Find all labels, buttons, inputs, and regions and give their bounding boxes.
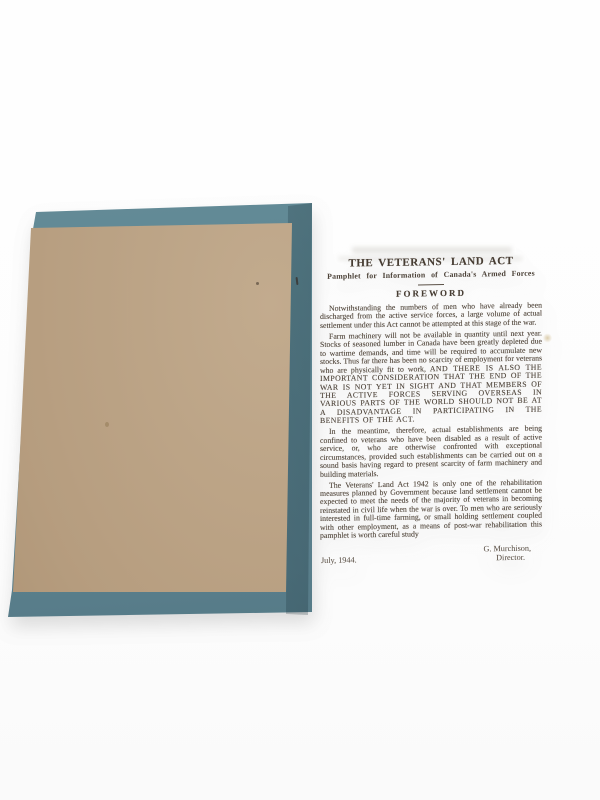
paper-speck xyxy=(105,422,109,427)
section-heading-foreword: FOREWORD xyxy=(320,287,542,300)
page-subtitle: Pamphlet for Information of Canada's Arm… xyxy=(320,269,542,281)
foreword-paragraph-4: The Veterans' Land Act 1942 is only one … xyxy=(320,478,542,541)
divider-rule xyxy=(418,284,444,285)
foreword-paragraph-2: Farm machinery will not be available in … xyxy=(320,329,542,425)
foreword-page-text: THE VETERANS' LAND ACT Pamphlet for Info… xyxy=(320,255,542,565)
signature-block: G. Murchison, Director. July, 1944. xyxy=(320,543,542,564)
date-line: July, 1944. xyxy=(321,555,357,565)
foreword-paragraph-3: In the meantime, therefore, actual estab… xyxy=(320,425,542,479)
open-booklet: THE VETERANS' LAND ACT Pamphlet for Info… xyxy=(0,0,600,800)
photo-of-open-pamphlet: THE VETERANS' LAND ACT Pamphlet for Info… xyxy=(0,0,600,800)
foreword-paragraph-1: Notwithstanding the numbers of men who h… xyxy=(320,302,542,331)
paper-stain xyxy=(543,333,552,343)
show-through-ghost-text xyxy=(352,247,512,253)
page-title: THE VETERANS' LAND ACT xyxy=(320,255,542,270)
paper-speck xyxy=(256,282,259,285)
